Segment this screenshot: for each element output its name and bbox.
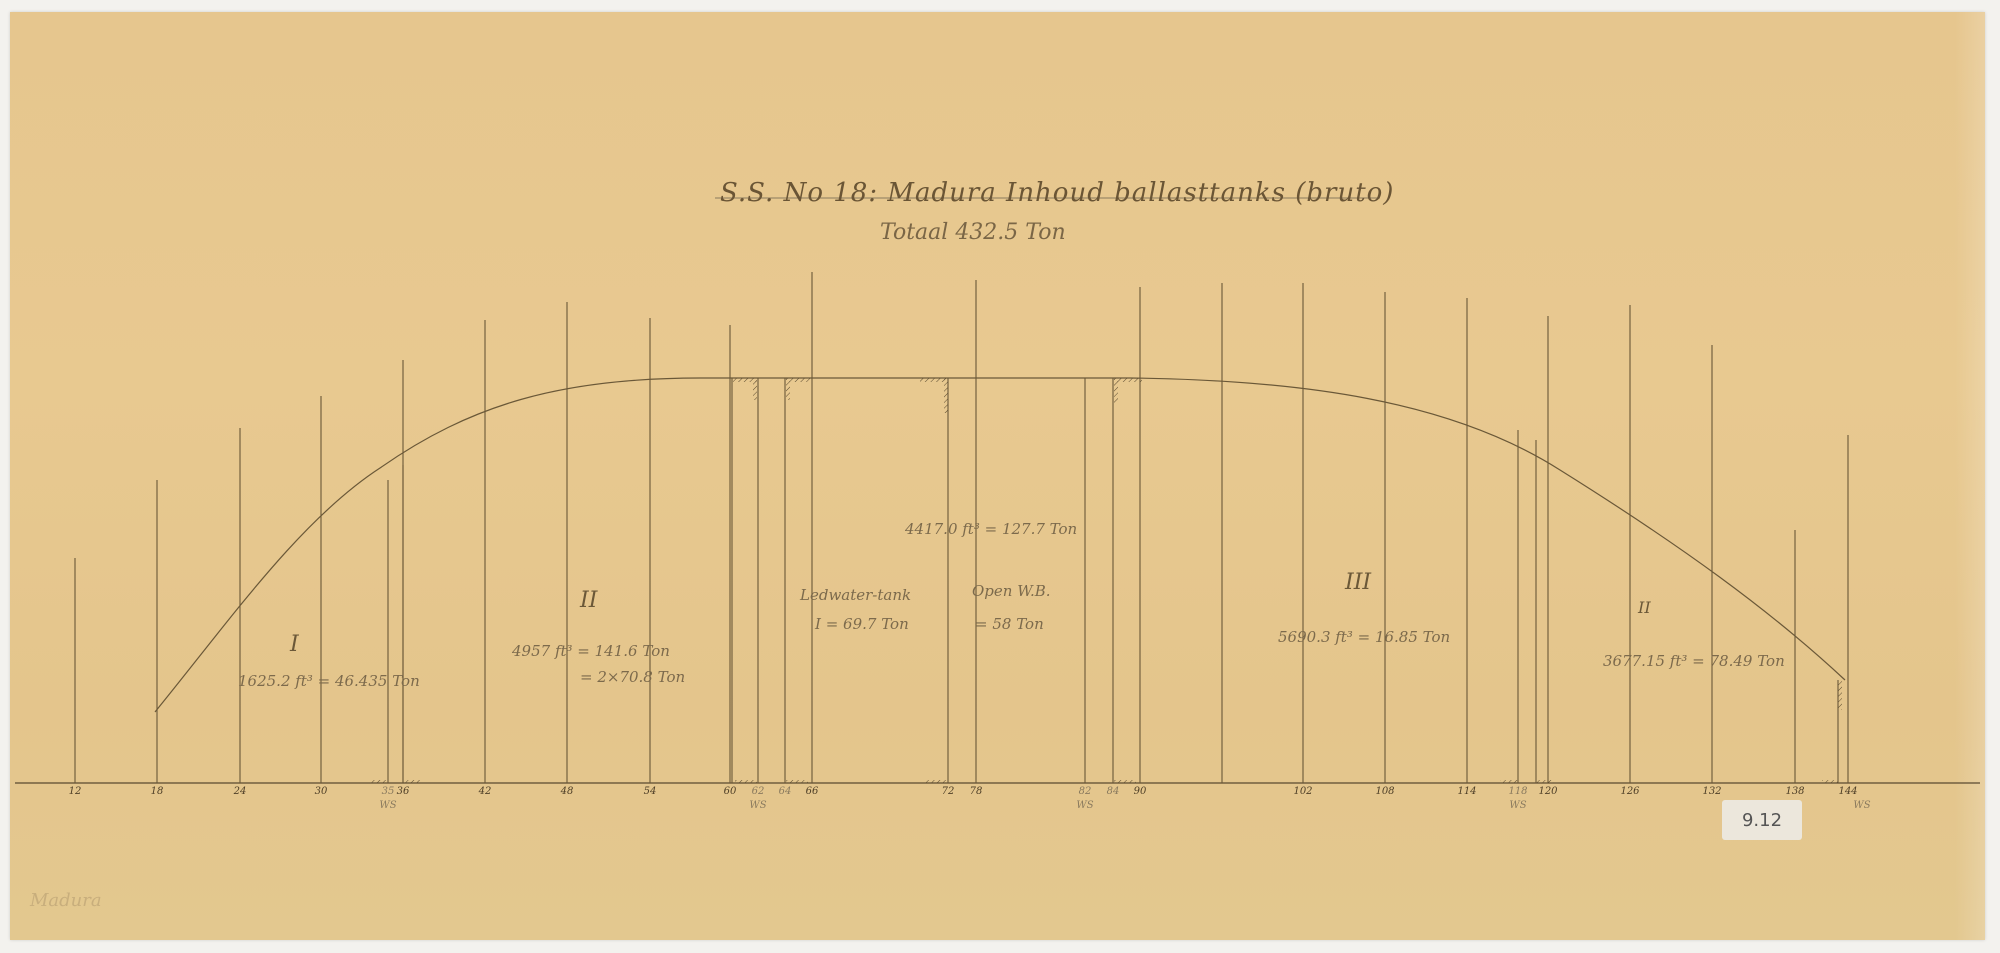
tick-label: 114 <box>1457 786 1476 797</box>
hull-curve <box>155 378 1845 712</box>
tick-label: 120 <box>1538 786 1557 797</box>
ledwater-volume: I = 69.7 Ton <box>815 615 909 633</box>
tick-label: 42 <box>479 786 492 797</box>
drawing-total: Totaal 432.5 Ton <box>880 220 1066 245</box>
section-II-volume: 4957 ft³ = 141.6 Ton <box>512 642 670 660</box>
section-III-volume: 5690.3 ft³ = 16.85 Ton <box>1278 628 1450 646</box>
bulkhead-label: 35 <box>382 786 395 797</box>
ledwater-label: Ledwater-tank <box>800 586 911 604</box>
tick-label: 102 <box>1293 786 1312 797</box>
bulkhead-tag: WS <box>379 800 396 811</box>
tick-label: 60 <box>724 786 737 797</box>
tick-label: 144 <box>1838 786 1857 797</box>
tick-label: 54 <box>644 786 657 797</box>
bulkhead-label: 62 <box>752 786 765 797</box>
tick-label: 132 <box>1702 786 1721 797</box>
tick-label: 12 <box>69 786 82 797</box>
tick-label: 18 <box>151 786 164 797</box>
tick-label: 78 <box>970 786 983 797</box>
bulkhead-tag: WS <box>749 800 766 811</box>
bulkhead-label: 82 <box>1079 786 1092 797</box>
hatched-bulkheads <box>370 378 1842 783</box>
section-II-label: II <box>580 588 597 613</box>
tick-label: 66 <box>806 786 819 797</box>
bulkhead-label: 84 <box>1107 786 1120 797</box>
section-II-aft-volume: 3677.15 ft³ = 78.49 Ton <box>1603 652 1785 670</box>
bulkhead-label: 118 <box>1508 786 1527 797</box>
bulkhead-tag: WS <box>1076 800 1093 811</box>
section-III-label: III <box>1345 570 1371 595</box>
ballast-tank-diagram <box>0 0 2000 953</box>
center-volume: 4417.0 ft³ = 127.7 Ton <box>905 520 1077 538</box>
bulkhead-tag: WS <box>1853 800 1870 811</box>
tick-label: 138 <box>1785 786 1804 797</box>
section-II-detail: = 2×70.8 Ton <box>580 668 685 686</box>
section-I-volume: 1625.2 ft³ = 46.435 Ton <box>238 672 420 690</box>
tick-label: 48 <box>561 786 574 797</box>
section-I-label: I <box>290 632 299 657</box>
archive-stamp: 9.12 <box>1722 800 1802 840</box>
tick-label: 90 <box>1134 786 1147 797</box>
tick-label: 30 <box>315 786 328 797</box>
bulkhead-label: 64 <box>779 786 792 797</box>
drawing-title: S.S. No 18: Madura Inhoud ballasttanks (… <box>720 178 1394 208</box>
tick-label: 72 <box>942 786 955 797</box>
tick-label: 126 <box>1620 786 1639 797</box>
open-wb-volume: = 58 Ton <box>975 615 1044 633</box>
tick-label: 36 <box>397 786 410 797</box>
open-wb-label: Open W.B. <box>972 582 1051 600</box>
section-II-aft-label: II <box>1638 598 1651 617</box>
faint-mark: Madura <box>30 890 102 911</box>
bulkhead-tag: WS <box>1509 800 1526 811</box>
tick-label: 24 <box>234 786 247 797</box>
tick-label: 108 <box>1375 786 1394 797</box>
